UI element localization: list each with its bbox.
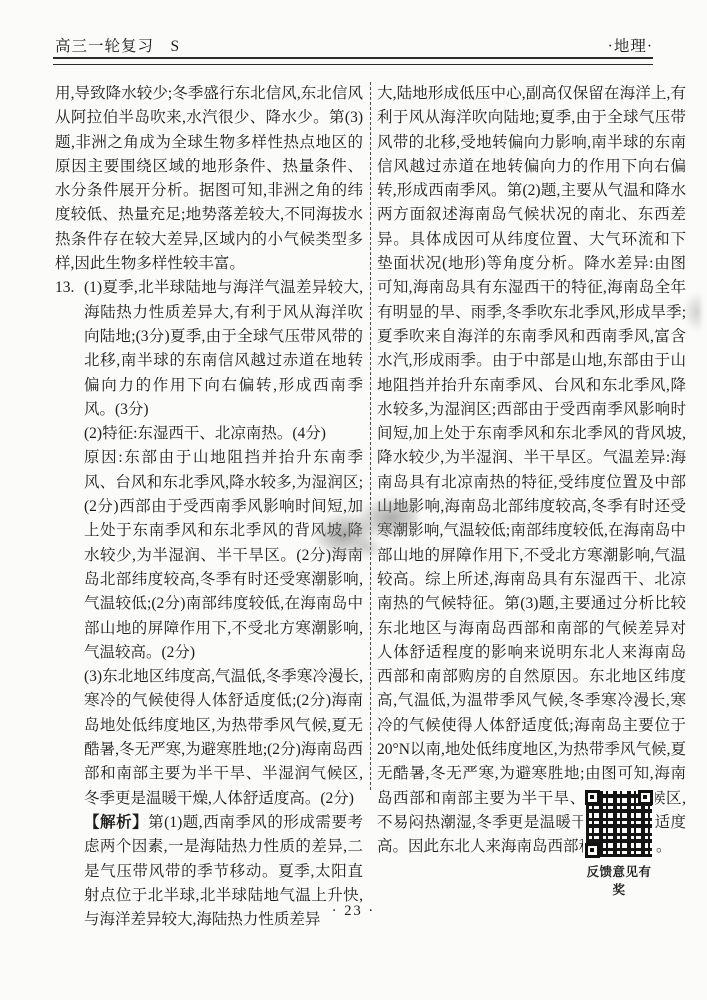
analysis-continuation-paragraph: 大,陆地形成低压中心,副高仅保留在海洋上,有利于风从海洋吹向陆地;夏季,由于全球… [377,82,686,860]
analysis-label: 【解析】 [84,814,148,831]
qr-code [585,790,653,858]
header-rule [53,57,653,65]
qr-finder-bottom-left [585,843,600,858]
qr-finder-top-right [638,790,653,805]
page-header: 高三一轮复习 S ·地理· [55,34,653,56]
scanned-page: 高三一轮复习 S ·地理· 用,导致降水较少;冬季盛行东北信风,东北信风从阿拉伯… [0,0,707,1000]
feedback-qr-block: 反馈意见有奖 [582,790,656,898]
header-subject-label: ·地理· [608,34,653,56]
left-column: 用,导致降水较少;冬季盛行东北信风,东北信风从阿拉伯半岛吹来,水汽很少、降水少。… [55,82,363,932]
answer-part-2-reason: 原因:东部由于山地阻挡并抬升东南季风、台风和东北季风,降水较多,为湿润区;(2分… [84,446,363,665]
answer-item-13-body: (1)夏季,北半球陆地与海洋气温差异较大,海陆热力性质差异大,有利于风从海洋吹向… [84,276,363,932]
column-divider [370,82,371,790]
answer-part-3: (3)东北地区纬度高,气温低,冬季寒冷漫长,寒冷的气候使得人体舒适度低;(2分)… [84,665,363,811]
answer-item-13: 13. (1)夏季,北半球陆地与海洋气温差异较大,海陆热力性质差异大,有利于风从… [55,276,363,932]
qr-finder-top-left [585,790,600,805]
answer-part-2-feature: (2)特征:东湿西干、北凉南热。(4分) [84,422,363,446]
question-number: 13. [55,276,84,932]
page-number: · 23 · [0,903,707,920]
answer-continuation-paragraph: 用,导致降水较少;冬季盛行东北信风,东北信风从阿拉伯半岛吹来,水汽很少、降水少。… [55,82,363,276]
answer-part-1: (1)夏季,北半球陆地与海洋气温差异较大,海陆热力性质差异大,有利于风从海洋吹向… [84,276,363,422]
header-edition-title: 高三一轮复习 S [55,34,180,56]
qr-caption: 反馈意见有奖 [582,862,656,898]
